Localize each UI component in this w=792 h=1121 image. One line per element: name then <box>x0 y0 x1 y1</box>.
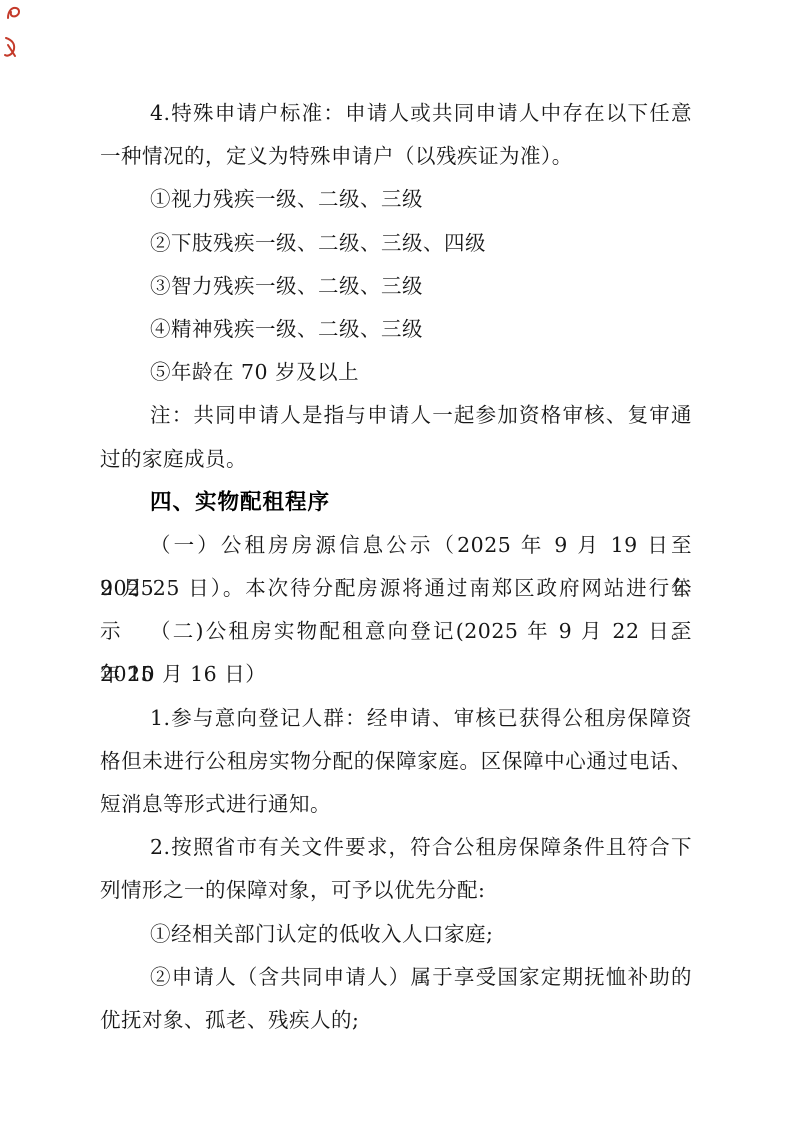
text-line: 2.按照省市有关文件要求，符合公租房保障条件且符合下 <box>100 826 692 869</box>
text-line: ⑤年龄在 70 岁及以上 <box>100 351 692 394</box>
text-line: 1.参与意向登记人群：经申请、审核已获得公租房保障资 <box>100 697 692 740</box>
section-heading: 四、实物配租程序 <box>100 481 692 524</box>
text-line: （一）公租房房源信息公示（2025 年 9 月 19 日至 2025 年 <box>100 524 692 567</box>
document-page: 4.特殊申请户标准：申请人或共同申请人中存在以下任意一种情况的，定义为特殊申请户… <box>0 0 792 1121</box>
text-line: 短消息等形式进行通知。 <box>100 783 692 826</box>
text-line: （二)公租房实物配租意向登记(2025 年 9 月 22 日至 2025 <box>100 610 692 653</box>
text-line: ④精神残疾一级、二级、三级 <box>100 308 692 351</box>
text-line: ②下肢残疾一级、二级、三级、四级 <box>100 222 692 265</box>
text-line: 列情形之一的保障对象，可予以优先分配: <box>100 869 692 912</box>
text-line: 4.特殊申请户标准：申请人或共同申请人中存在以下任意 <box>100 92 692 135</box>
document-text-block: 4.特殊申请户标准：申请人或共同申请人中存在以下任意一种情况的，定义为特殊申请户… <box>100 92 692 1042</box>
red-stray-annotation-mark-top <box>5 4 23 24</box>
text-line: 格但未进行公租房实物分配的保障家庭。区保障中心通过电话、 <box>100 740 692 783</box>
text-line: 9 月 25 日）。本次待分配房源将通过南郑区政府网站进行公示。 <box>100 567 692 610</box>
text-line: 优抚对象、孤老、残疾人的; <box>100 999 692 1042</box>
text-line: 过的家庭成员。 <box>100 438 692 481</box>
text-line: 年 10 月 16 日） <box>100 653 692 696</box>
text-line: 注：共同申请人是指与申请人一起参加资格审核、复审通 <box>100 394 692 437</box>
text-line: ①经相关部门认定的低收入人口家庭; <box>100 913 692 956</box>
text-line: ②申请人（含共同申请人）属于享受国家定期抚恤补助的 <box>100 956 692 999</box>
red-stray-annotation-mark-lower <box>2 35 20 61</box>
text-line: ①视力残疾一级、二级、三级 <box>100 178 692 221</box>
text-line: 一种情况的，定义为特殊申请户（以残疾证为准）。 <box>100 135 692 178</box>
text-line: ③智力残疾一级、二级、三级 <box>100 265 692 308</box>
